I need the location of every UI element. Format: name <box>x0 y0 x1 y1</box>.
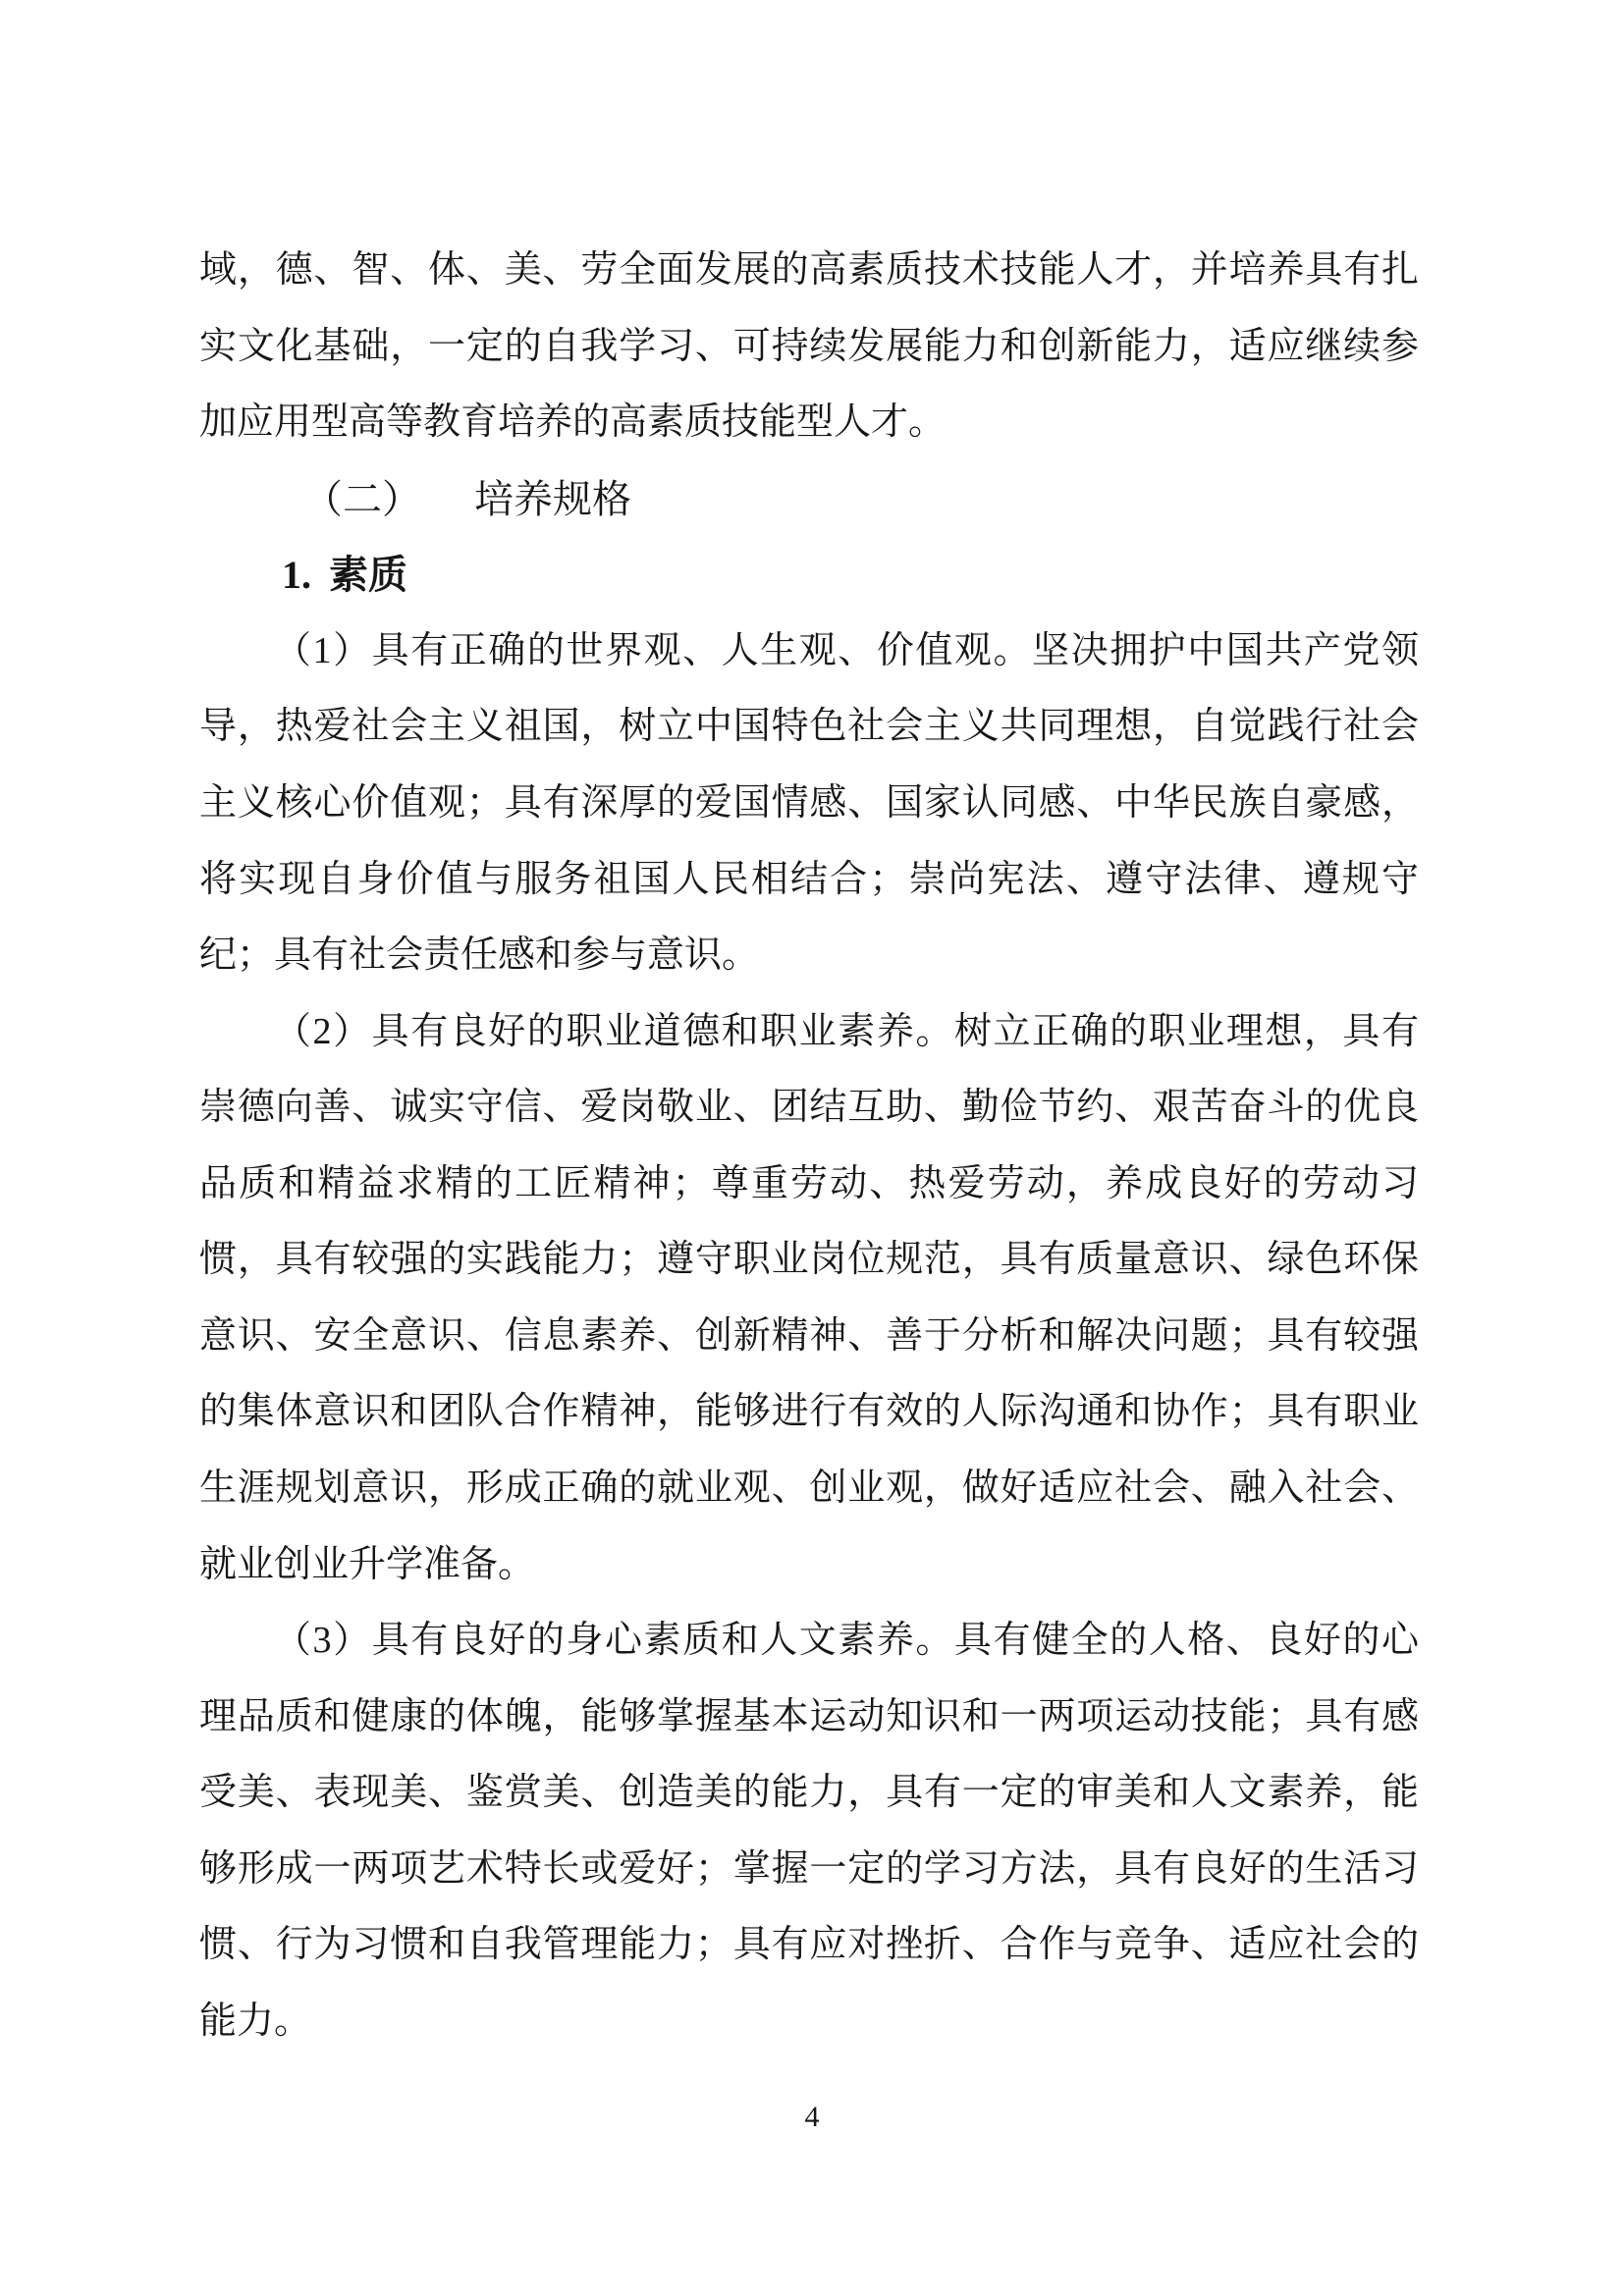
text-line: 将实现自身价值与服务祖国人民相结合；崇尚宪法、遵守法律、遵规守 <box>199 842 1419 919</box>
text-line: 崇德向善、诚实守信、爱岗敬业、团结互助、勤俭节约、艰苦奋斗的优良 <box>199 1070 1419 1147</box>
text-line: （2）具有良好的职业道德和职业素养。树立正确的职业理想，具有 <box>199 994 1419 1071</box>
page-number: 4 <box>805 2101 820 2133</box>
text-line: 就业创业升学准备。 <box>199 1527 1419 1604</box>
text-line: 实文化基础，一定的自我学习、可持续发展能力和创新能力，适应继续参 <box>199 309 1419 386</box>
text-line: 受美、表现美、鉴赏美、创造美的能力，具有一定的审美和人文素养，能 <box>199 1755 1419 1832</box>
subheading: 1.素质 <box>199 537 1419 614</box>
section-heading: （二）培养规格 <box>199 461 1419 538</box>
text-line: 加应用型高等教育培养的高素质技能型人才。 <box>199 385 1419 461</box>
text-line: 的集体意识和团队合作精神，能够进行有效的人际沟通和协作；具有职业 <box>199 1374 1419 1451</box>
text-line: 生涯规划意识，形成正确的就业观、创业观，做好适应社会、融入社会、 <box>199 1451 1419 1527</box>
text-line: 品质和精益求精的工匠精神；尊重劳动、热爱劳动，养成良好的劳动习 <box>199 1147 1419 1223</box>
text-line: 够形成一两项艺术特长或爱好；掌握一定的学习方法，具有良好的生活习 <box>199 1832 1419 1908</box>
document-page: 域，德、智、体、美、劳全面发展的高素质技术技能人才，并培养具有扎 实文化基础，一… <box>0 0 1624 2296</box>
text-line: 能力。 <box>199 1984 1419 2060</box>
page-footer: 4 <box>0 2098 1624 2137</box>
text-line: 纪；具有社会责任感和参与意识。 <box>199 918 1419 994</box>
section-heading-title: 培养规格 <box>474 477 631 521</box>
text-line: （3）具有良好的身心素质和人文素养。具有健全的人格、良好的心 <box>199 1603 1419 1680</box>
subheading-number: 1. <box>282 553 311 597</box>
text-line: 域，德、智、体、美、劳全面发展的高素质技术技能人才，并培养具有扎 <box>199 233 1419 309</box>
subheading-title: 素质 <box>329 553 407 597</box>
text-line: 惯、行为习惯和自我管理能力；具有应对挫折、合作与竞争、适应社会的 <box>199 1907 1419 1984</box>
text-line: 主义核心价值观；具有深厚的爱国情感、国家认同感、中华民族自豪感， <box>199 766 1419 842</box>
text-line: 惯，具有较强的实践能力；遵守职业岗位规范，具有质量意识、绿色环保 <box>199 1222 1419 1299</box>
text-line: 意识、安全意识、信息素养、创新精神、善于分析和解决问题；具有较强 <box>199 1299 1419 1375</box>
text-line: （1）具有正确的世界观、人生观、价值观。坚决拥护中国共产党领 <box>199 614 1419 690</box>
section-heading-prefix: （二） <box>303 477 421 521</box>
text-line: 导，热爱社会主义祖国，树立中国特色社会主义共同理想，自觉践行社会 <box>199 689 1419 766</box>
text-line: 理品质和健康的体魄，能够掌握基本运动知识和一两项运动技能；具有感 <box>199 1680 1419 1756</box>
document-body: 域，德、智、体、美、劳全面发展的高素质技术技能人才，并培养具有扎 实文化基础，一… <box>199 233 1419 2060</box>
